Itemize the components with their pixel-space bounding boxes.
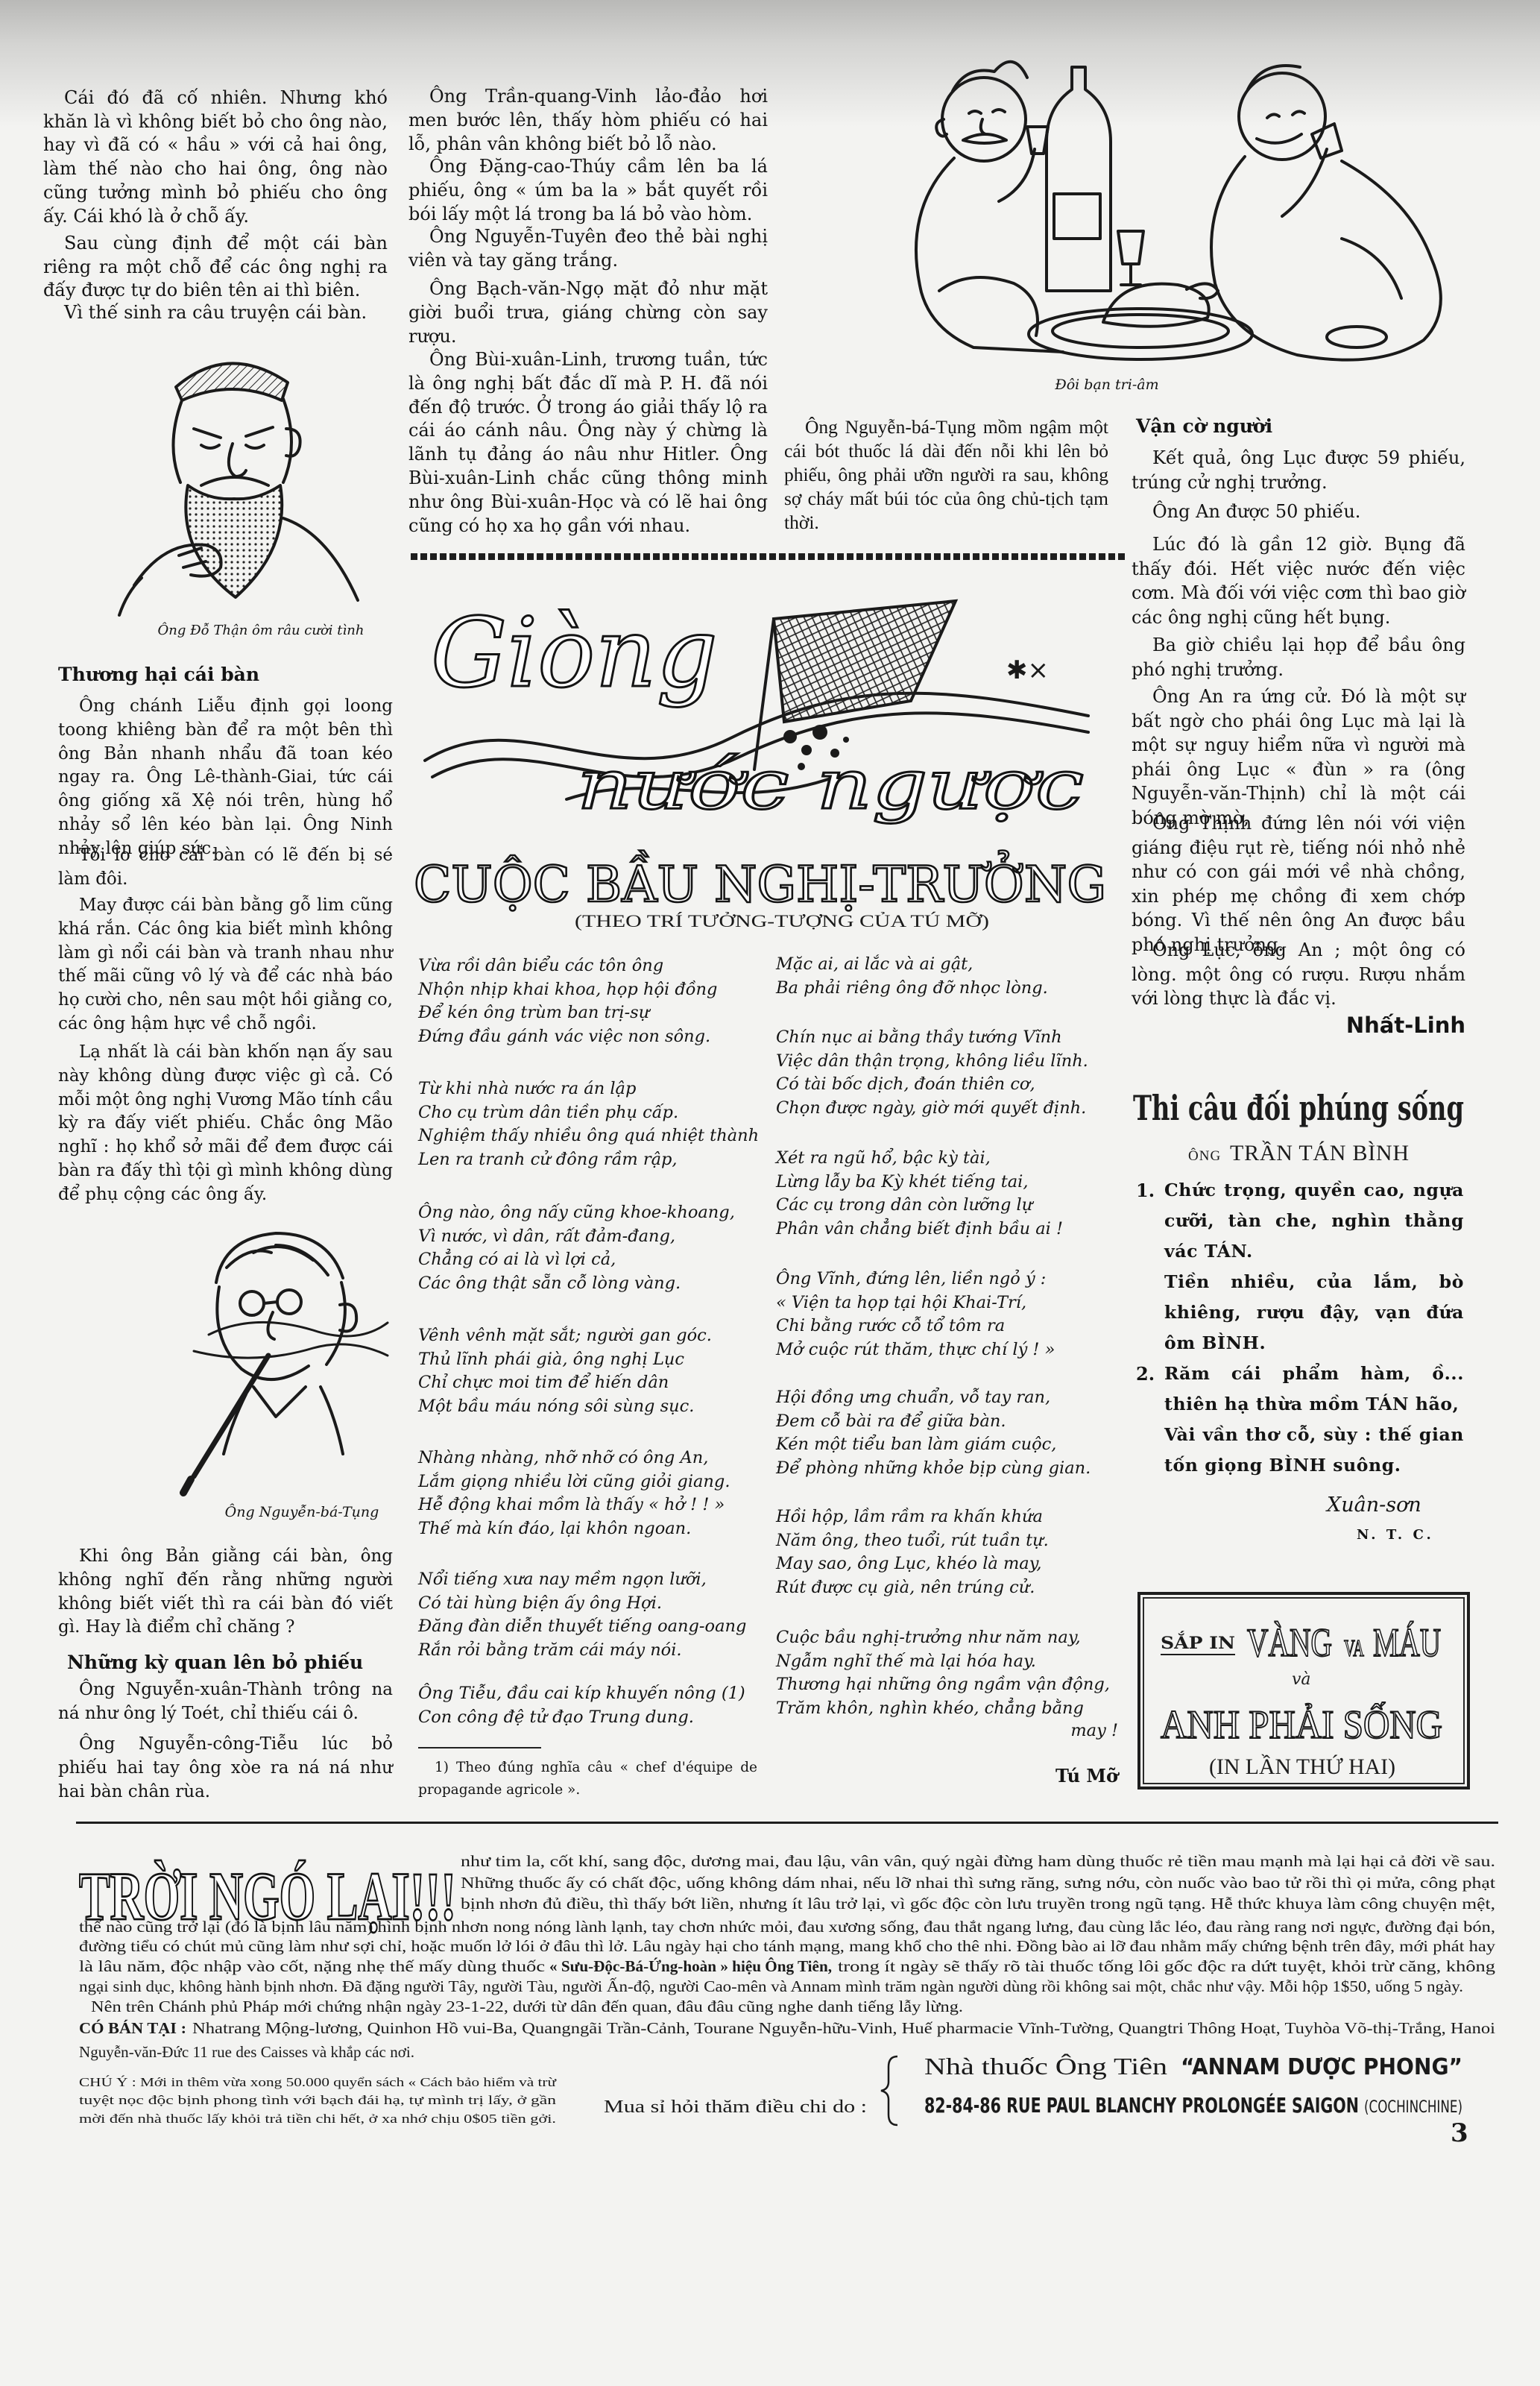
ad-notice-line: mời đến nhà thuốc lấy khỏi trả tiền chi … — [79, 2112, 556, 2126]
book-edition-note: (IN LẦN THỨ HAI) — [1209, 1754, 1395, 1779]
article-paragraph: Ông Đặng-cao-Thúy cầm lên ba lá phiếu, ô… — [408, 155, 768, 226]
page-number: 3 — [1451, 2118, 1468, 2148]
couplet-line: Chức trọng, quyền cao, ngựa cưỡi, tàn ch… — [1164, 1175, 1464, 1267]
poem-title-art: ✱× Giòng nước ngược — [417, 574, 1103, 850]
article-paragraph: Ông Bạch-văn-Ngọ mặt đỏ như mặt giời buổ… — [408, 277, 768, 348]
sail-net-icon — [774, 601, 956, 722]
ad-body-line: Nên trên Chánh phủ Pháp mới chứng nhận n… — [91, 1998, 963, 2015]
poem-subtitle: (THEO TRÍ TƯỞNG-TƯỢNG CỦA TÚ MỠ) — [575, 911, 989, 931]
poem-stanza: Vừa rồi dân biểu các tôn ông Nhộn nhịp k… — [418, 954, 717, 1049]
ad-body-line: trong ít ngày sẽ thấy rõ tài thuốc tống … — [838, 1957, 1496, 1975]
article-paragraph: Ông Nguyễn-công-Tiễu lúc bỏ phiếu hai ta… — [58, 1733, 393, 1804]
couplet-line: Tiền nhiều, của lắm, bò khiêng, rượu đậy… — [1164, 1267, 1464, 1359]
poem-stanza: Cuộc bầu nghị-trưởng như năm nay, Ngẫm n… — [776, 1626, 1110, 1721]
poem-stanza: Vênh vênh mặt sắt; người gan góc. Thủ lĩ… — [418, 1324, 712, 1419]
poem-stanza: Từ khi nhà nước ra án lập Cho cụ trùm dâ… — [418, 1077, 759, 1172]
poem-heading: CUỘC BẦU NGHỊ-TRƯỞNG (THEO TRÍ TƯỞNG-TƯỢ… — [0, 843, 1540, 932]
article-paragraph: Ông Nguyễn-bá-Tụng mồm ngậm một cái bót … — [784, 415, 1108, 535]
book-soon-label: SẮP IN — [1161, 1631, 1235, 1653]
section-heading: Vận cờ người — [1136, 414, 1272, 439]
poem-stanza: Ông Vĩnh, đứng lên, liền ngỏ ý : « Viện … — [776, 1268, 1055, 1362]
article-paragraph: Ba giờ chiều lại họp để bầu ông phó nghị… — [1132, 633, 1465, 682]
dashed-separator — [411, 553, 1126, 560]
ad-body-line: bịnh nhơn đủ điều, thì thấy bớt liền, nh… — [461, 1895, 1495, 1913]
poem-stanza: Nổi tiếng xưa nay mềm ngọn lưỡi, Có tài … — [418, 1568, 746, 1663]
medicine-advertisement: TRỜI NGÓ LẠI!!! như tim la, cốt khí, san… — [0, 1827, 1540, 2155]
wine-glass-icon — [1118, 231, 1143, 285]
footnote: 1) Theo đúng nghĩa câu « chef d'équipe d… — [418, 1757, 757, 1801]
article-paragraph: Khi ông Bản giằng cái bàn, ông không ngh… — [58, 1545, 393, 1640]
cartoon-man-with-cigarette-holder — [164, 1223, 403, 1506]
brace-icon — [881, 2056, 897, 2125]
book-title-2: ANH PHẢI SỐNG — [1161, 1702, 1442, 1747]
couplets-title: Thi câu đối phúng sống — [1133, 1088, 1464, 1128]
poem-stanza: Xét ra ngũ hổ, bậc kỳ tài, Lừng lẫy ba K… — [776, 1147, 1063, 1241]
poem-stanza: Mặc ai, ai lắc và ai gật, Ba phải riêng … — [776, 953, 1048, 1000]
poem-stanza: Ông Tiễu, đầu cai kíp khuyến nông (1) Co… — [418, 1682, 745, 1729]
poem-signature: Tú Mỡ — [999, 1765, 1118, 1787]
article-paragraph: Ông An được 50 phiếu. — [1132, 500, 1465, 524]
book-title-1-part-b: VA — [1344, 1634, 1364, 1661]
book-announcement-text: SẮP IN VÀNG VA MÁU và ANH PHẢI SỐNG (IN … — [1137, 1592, 1468, 1788]
beard — [186, 485, 282, 597]
ad-shop-prefix: Nhà thuốc Ông Tiên — [924, 2053, 1167, 2080]
couplet-line: Vài vần thơ cỗ, sùy : thế gian tốn giọng… — [1164, 1420, 1464, 1481]
article-paragraph: Ông Bùi-xuân-Linh, trương tuần, tức là ô… — [408, 348, 768, 538]
art-title-line1: Giòng — [431, 598, 718, 709]
footnote-rule — [418, 1747, 541, 1748]
article-paragraph: Cái đó đã cố nhiên. Nhưng khó khăn là vì… — [43, 86, 388, 228]
ad-shop-name: “ANNAM DƯỢC PHONG” — [1181, 2054, 1462, 2080]
right-man-figure — [1211, 66, 1441, 360]
book-title-1-part-c: MÁU — [1373, 1620, 1441, 1665]
smoke — [209, 1322, 388, 1336]
ad-body-line: Nguyễn-văn-Đức 11 rue des Caisses và khắ… — [79, 2043, 414, 2061]
couplet-line: Răm cái phẩm hàm, ồ... thiên hạ thừa mồm… — [1164, 1359, 1464, 1420]
ad-body-line: là lâu năm, độc nhập vào cốt, nặng nhẹ t… — [79, 1957, 545, 1975]
poem-title: CUỘC BẦU NGHỊ-TRƯỞNG — [414, 851, 1106, 913]
article-paragraph: Ông Nguyễn-Tuyên đeo thẻ bài nghị viên v… — [408, 225, 768, 273]
couplet-number: 2. — [1136, 1359, 1155, 1389]
ad-sold-at-label: CÓ BÁN TẠI : — [79, 2019, 186, 2037]
article-paragraph: Ông Trần-quang-Vinh lảo-đảo hơi men bước… — [408, 85, 768, 156]
article-paragraph: Ông Nguyễn-xuân-Thành trông na ná như ôn… — [58, 1678, 393, 1726]
couplets-subject-prefix: ÔNG — [1188, 1148, 1221, 1164]
author-signature: Nhất-Linh — [1267, 1013, 1465, 1038]
cartoon-caption: Ông Đỗ Thận ôm râu cười tình — [119, 622, 403, 640]
cartoon-caption: Ông Nguyễn-bá-Tụng — [179, 1503, 425, 1521]
article-paragraph: Vì thế sinh ra câu truyện cái bàn. — [43, 301, 388, 325]
cap — [176, 363, 288, 400]
ad-body-line: thế nào cũng trở lại (đó là bịnh lâu năm… — [79, 1918, 1495, 1936]
article-paragraph: Lạ nhất là cái bàn khốn nạn ấy sau này k… — [58, 1041, 393, 1207]
cartoon-bearded-man — [104, 339, 373, 623]
poem-stanza: Hồi hộp, lầm rầm ra khấn khứa Năm ông, t… — [776, 1505, 1049, 1600]
poem-stanza: Chín nục ai bằng thầy tướng Vĩnh Việc dâ… — [776, 1026, 1088, 1121]
article-paragraph: Ông An ra ứng cử. Đó là một sự bất ngờ c… — [1132, 684, 1465, 830]
star-decoration-icon: ✱× — [1006, 655, 1049, 685]
poem-stanza: Ông nào, ông nấy cũng khoe-khoang, Vì nư… — [418, 1201, 735, 1296]
article-paragraph: Ông chánh Liễu định gọi loong toong khiê… — [58, 695, 393, 861]
couplets-initials: N. T. C. — [1357, 1526, 1434, 1545]
art-title-line2: nước ngược — [577, 745, 1084, 825]
cartoon-two-friends-drinking — [894, 45, 1506, 388]
section-heading: Những kỳ quan lên bỏ phiếu — [67, 1650, 363, 1675]
ad-body-line: đường tiểu có chút mủ cũng làm như sợi c… — [79, 1937, 1496, 1955]
ad-notice: CHÚ Ý : Mới in thêm vừa xong 50.000 quyể… — [79, 2075, 557, 2126]
couplets-heading: Thi câu đối phúng sống ÔNG TRẦN TÁN BÌNH — [1118, 1081, 1476, 1171]
ad-product-name: « Sưu-Độc-Bá-Ứng-hoàn » hiệu Ông Tiên, — [549, 1957, 832, 1975]
article-paragraph: Lúc đó là gần 12 giờ. Bụng đã thấy đói. … — [1132, 532, 1465, 629]
ad-address: 82-84-86 RUE PAUL BLANCHY PROLONGÉE SAIG… — [924, 2092, 1359, 2118]
book-conjunction: và — [1292, 1670, 1311, 1689]
ad-body-line: như tim la, cốt khí, sang độc, dương mai… — [461, 1852, 1495, 1870]
couplets-author: Xuân-sơn — [1327, 1493, 1421, 1518]
ad-notice-line: tuyệt nọc độc bịnh phong tình với bạch đ… — [79, 2093, 557, 2107]
ad-body-line: ngại sinh dục, không hành bịnh nhơn. Đã … — [79, 1977, 1463, 1995]
ad-address-region: (COCHINCHINE) — [1364, 2098, 1462, 2117]
ad-notice-line: CHÚ Ý : Mới in thêm vừa xong 50.000 quyể… — [79, 2075, 557, 2089]
bottle-icon — [1047, 67, 1111, 291]
article-paragraph: Kết quả, ông Lục được 59 phiếu, trúng cử… — [1132, 446, 1465, 494]
bottom-rule — [76, 1822, 1498, 1824]
section-heading: Thương hại cái bàn — [58, 662, 259, 687]
ad-body-line: Những thuốc ấy có chất độc, uống không d… — [461, 1874, 1495, 1892]
couplets-subject: TRẦN TÁN BÌNH — [1230, 1140, 1409, 1165]
poem-last-word: may ! — [1044, 1719, 1118, 1743]
article-paragraph: Sau cùng định để một cái bàn riêng ra mộ… — [43, 232, 388, 303]
cartoon-caption: Đôi bạn tri-âm — [1029, 376, 1185, 394]
left-man-figure — [916, 62, 1063, 352]
poem-stanza: Hội đồng ưng chuẩn, vỗ tay ran, Đem cỗ b… — [776, 1386, 1091, 1481]
couplet-number: 1. — [1136, 1175, 1155, 1206]
cigarette-holder — [194, 1356, 268, 1476]
book-title-1-part-a: VÀNG — [1247, 1620, 1332, 1665]
poem-stanza: Nhàng nhàng, nhỡ nhỡ có ông An, Lắm giọn… — [418, 1447, 730, 1541]
article-paragraph: Ông Lục, ông An ; một ông có lòng. một ô… — [1132, 938, 1465, 1011]
ad-wholesale-label: Mua sỉ hỏi thăm điều chi do : — [604, 2097, 867, 2117]
ad-body-line: Nhatrang Mộng-lương, Quinhon Hồ vui-Ba, … — [192, 2019, 1495, 2037]
